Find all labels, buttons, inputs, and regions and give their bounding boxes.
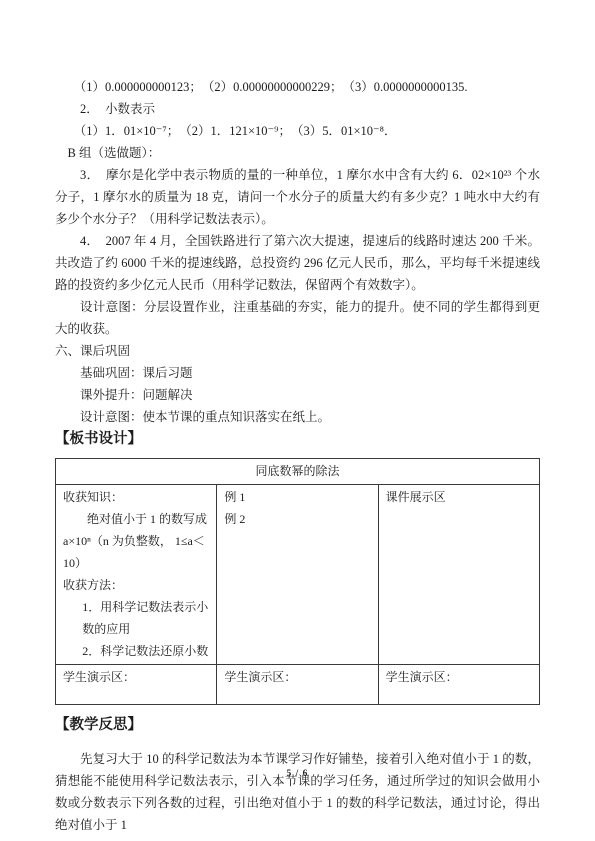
basic-consolidation: 基础巩固：课后习题 [55,362,540,384]
method-item-1: 1．用科学记数法表示小数的应用 [63,596,209,640]
board-design-heading: 【板书设计】 [55,428,540,451]
section-6-heading: 六、课后巩固 [55,340,540,362]
courseware-cell: 课件展示区 [378,485,539,665]
extracurricular-improvement: 课外提升：问题解决 [55,384,540,406]
board-design-table: 同底数幂的除法 收获知识： 绝对值小于 1 的数写成 a×10ⁿ（n 为负整数，… [55,458,540,705]
method-item-2: 2．科学记数法还原小数 [63,640,209,662]
student-demo-cell-3: 学生演示区： [378,665,539,705]
table-row: 同底数幂的除法 [56,459,540,485]
decimal-section-heading: 2． 小数表示 [55,98,540,120]
decimal-items: （1）1．01×10⁻⁷； （2）1．121×10⁻⁹； （3）5．01×10⁻… [55,120,540,142]
exercise-a-items: （1）0.000000000123； （2）0.00000000000229； … [55,76,540,98]
board-title-cell: 同底数幂的除法 [56,459,540,485]
courseware-label: 课件展示区 [386,486,532,508]
example-1: 例 1 [224,486,370,508]
design-intent-consolidation: 设计意图：使本节课的重点知识落实在纸上。 [55,406,540,428]
teaching-reflection-text: 先复习大于 10 的科学记数法为本节课学习作好铺垫，接着引入绝对值小于 1 的数… [55,748,540,836]
student-demo-cell-1: 学生演示区： [56,665,217,705]
knowledge-cell: 收获知识： 绝对值小于 1 的数写成 a×10ⁿ（n 为负整数， 1≤a＜10）… [56,485,217,665]
document-page: （1）0.000000000123； （2）0.00000000000229； … [0,0,595,841]
table-row: 学生演示区： 学生演示区： 学生演示区： [56,665,540,705]
question-3: 3． 摩尔是化学中表示物质的量的一种单位，1 摩尔水中含有大约 6．02×10²… [55,164,540,230]
question-4: 4． 2007 年 4 月，全国铁路进行了第六次大提速，提速后的线路时速达 20… [55,230,540,296]
group-b-label: B 组（选做题）： [55,142,540,164]
design-intent-homework: 设计意图：分层设置作业，注重基础的夯实，能力的提升。使不同的学生都得到更大的收获… [55,296,540,340]
example-2: 例 2 [224,508,370,530]
page-number: 5 / 6 [0,763,595,785]
table-row: 收获知识： 绝对值小于 1 的数写成 a×10ⁿ（n 为负整数， 1≤a＜10）… [56,485,540,665]
knowledge-text: 绝对值小于 1 的数写成 a×10ⁿ（n 为负整数， 1≤a＜10） [63,508,209,574]
method-label: 收获方法： [63,574,209,596]
examples-cell: 例 1 例 2 [217,485,378,665]
student-demo-cell-2: 学生演示区： [217,665,378,705]
knowledge-label: 收获知识： [63,486,209,508]
teaching-reflection-heading: 【教学反思】 [55,714,540,737]
